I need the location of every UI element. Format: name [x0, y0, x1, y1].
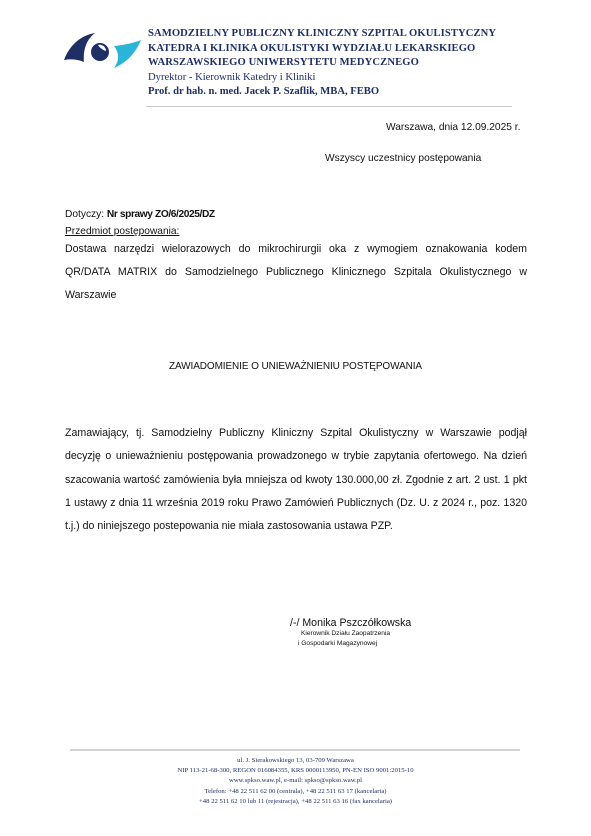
institution-line-2: KATEDRA I KLINIKA OKULISTYKI WYDZIAŁU LE…	[148, 42, 496, 57]
eye-logo-icon	[62, 30, 142, 70]
notice-body: Zamawiający, tj. Samodzielny Publiczny K…	[65, 422, 527, 538]
footer-divider	[70, 749, 520, 751]
signatory-name: /-/ Monika Pszczółkowska	[290, 617, 411, 629]
subject-text: Dostawa narzędzi wielorazowych do mikroc…	[65, 238, 527, 307]
signatory-role-line-2: i Gospodarki Magazynowej	[298, 640, 377, 647]
recipients: Wszyscy uczestnicy postępowania	[325, 153, 481, 164]
footer-address: ul. J. Sierakowskiego 13, 03-709 Warszaw…	[0, 756, 591, 766]
footer-registry: NIP 113-21-68-300, REGON 016084355, KRS …	[0, 766, 591, 776]
case-label: Dotyczy:	[65, 209, 104, 220]
institution-line-3: WARSZAWSKIEGO UNIWERSYTETU MEDYCZNEGO	[148, 56, 496, 71]
signatory-role-line-1: Kierownik Działu Zaopatrzenia	[301, 630, 390, 637]
notice-title: ZAWIADOMIENIE O UNIEWAŻNIENIU POSTĘPOWAN…	[0, 361, 591, 372]
footer-web-email: www.spkso.waw.pl, e-mail: spkso@spkso.wa…	[0, 776, 591, 786]
footer-phones: Telefon: +48 22 511 62 00 (centrala), +4…	[0, 787, 591, 797]
footer-phones-2: +48 22 511 62 10 lub 11 (rejestracja), +…	[0, 797, 591, 807]
case-reference: Dotyczy: Nr sprawy ZO/6/2025/DZ	[65, 209, 215, 220]
footer-contact: ul. J. Sierakowskiego 13, 03-709 Warszaw…	[0, 756, 591, 807]
letterhead: SAMODZIELNY PUBLICZNY KLINICZNY SZPITAL …	[148, 27, 496, 100]
document-page: SAMODZIELNY PUBLICZNY KLINICZNY SZPITAL …	[0, 0, 591, 836]
director-name: Prof. dr hab. n. med. Jacek P. Szaflik, …	[148, 85, 496, 100]
header-divider	[146, 106, 512, 107]
institution-line-1: SAMODZIELNY PUBLICZNY KLINICZNY SZPITAL …	[148, 27, 496, 42]
director-title: Dyrektor - Kierownik Katedry i Kliniki	[148, 71, 496, 86]
case-number: Nr sprawy ZO/6/2025/DZ	[107, 209, 215, 220]
subject-label: Przedmiot postępowania:	[65, 226, 179, 237]
place-date: Warszawa, dnia 12.09.2025 r.	[386, 122, 520, 133]
